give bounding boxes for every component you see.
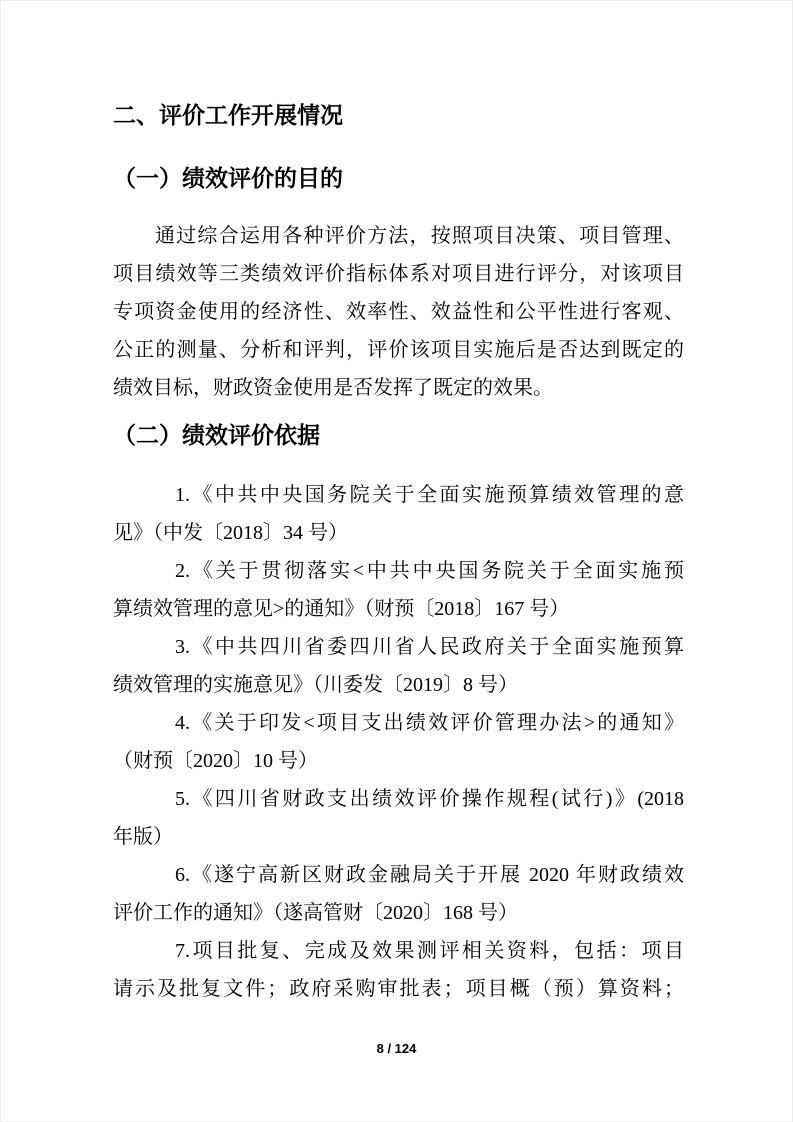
list-item-line: 4.《关于印发<项目支出绩效评价管理办法>的通知》 bbox=[113, 704, 684, 742]
document-page: 二、评价工作开展情况 （一）绩效评价的目的 通过综合运用各种评价方法，按照项目决… bbox=[0, 0, 793, 1122]
list-item-line: 7.项目批复、完成及效果测评相关资料，包括：项目 bbox=[113, 932, 684, 970]
list-item-line: 绩效管理的实施意见》（川委发〔2019〕8 号） bbox=[113, 666, 684, 704]
list-item-line: 3.《中共四川省委四川省人民政府关于全面实施预算 bbox=[113, 628, 684, 666]
section-2-reference-list: 1.《中共中央国务院关于全面实施预算绩效管理的意 见》（中发〔2018〕34 号… bbox=[113, 476, 684, 1008]
list-item-line: 1.《中共中央国务院关于全面实施预算绩效管理的意 bbox=[113, 476, 684, 514]
list-item-line: 请示及批复文件；政府采购审批表；项目概（预）算资料； bbox=[113, 970, 684, 1008]
chapter-heading: 二、评价工作开展情况 bbox=[113, 99, 684, 131]
list-item-line: 2.《关于贯彻落实<中共中央国务院关于全面实施预 bbox=[113, 552, 684, 590]
paragraph-line: 专项资金使用的经济性、效率性、效益性和公平性进行客观、 bbox=[113, 293, 684, 331]
paragraph-line: 项目绩效等三类绩效评价指标体系对项目进行评分，对该项目 bbox=[113, 255, 684, 293]
paragraph-line: 通过综合运用各种评价方法，按照项目决策、项目管理、 bbox=[113, 217, 684, 255]
list-item-line: 评价工作的通知》（遂高管财〔2020〕168 号） bbox=[113, 894, 684, 932]
list-item-line: 5.《四川省财政支出绩效评价操作规程(试行)》(2018 bbox=[113, 780, 684, 818]
paragraph-line: 公正的测量、分析和评判，评价该项目实施后是否达到既定的 bbox=[113, 331, 684, 369]
section-heading-2: （二）绩效评价依据 bbox=[113, 420, 684, 452]
list-item-line: 见》（中发〔2018〕34 号） bbox=[113, 514, 684, 552]
page-content: 二、评价工作开展情况 （一）绩效评价的目的 通过综合运用各种评价方法，按照项目决… bbox=[113, 99, 684, 1008]
list-item-line: 算绩效管理的意见>的通知》（财预〔2018〕167 号） bbox=[113, 590, 684, 628]
page-number: 8 / 124 bbox=[0, 1041, 793, 1056]
list-item-line: 年版） bbox=[113, 818, 684, 856]
section-1-paragraph: 通过综合运用各种评价方法，按照项目决策、项目管理、 项目绩效等三类绩效评价指标体… bbox=[113, 217, 684, 407]
list-item-line: （财预〔2020〕10 号） bbox=[113, 742, 684, 780]
paragraph-line: 绩效目标，财政资金使用是否发挥了既定的效果。 bbox=[113, 369, 684, 407]
section-heading-1: （一）绩效评价的目的 bbox=[113, 163, 684, 195]
list-item-line: 6.《遂宁高新区财政金融局关于开展 2020 年财政绩效 bbox=[113, 856, 684, 894]
